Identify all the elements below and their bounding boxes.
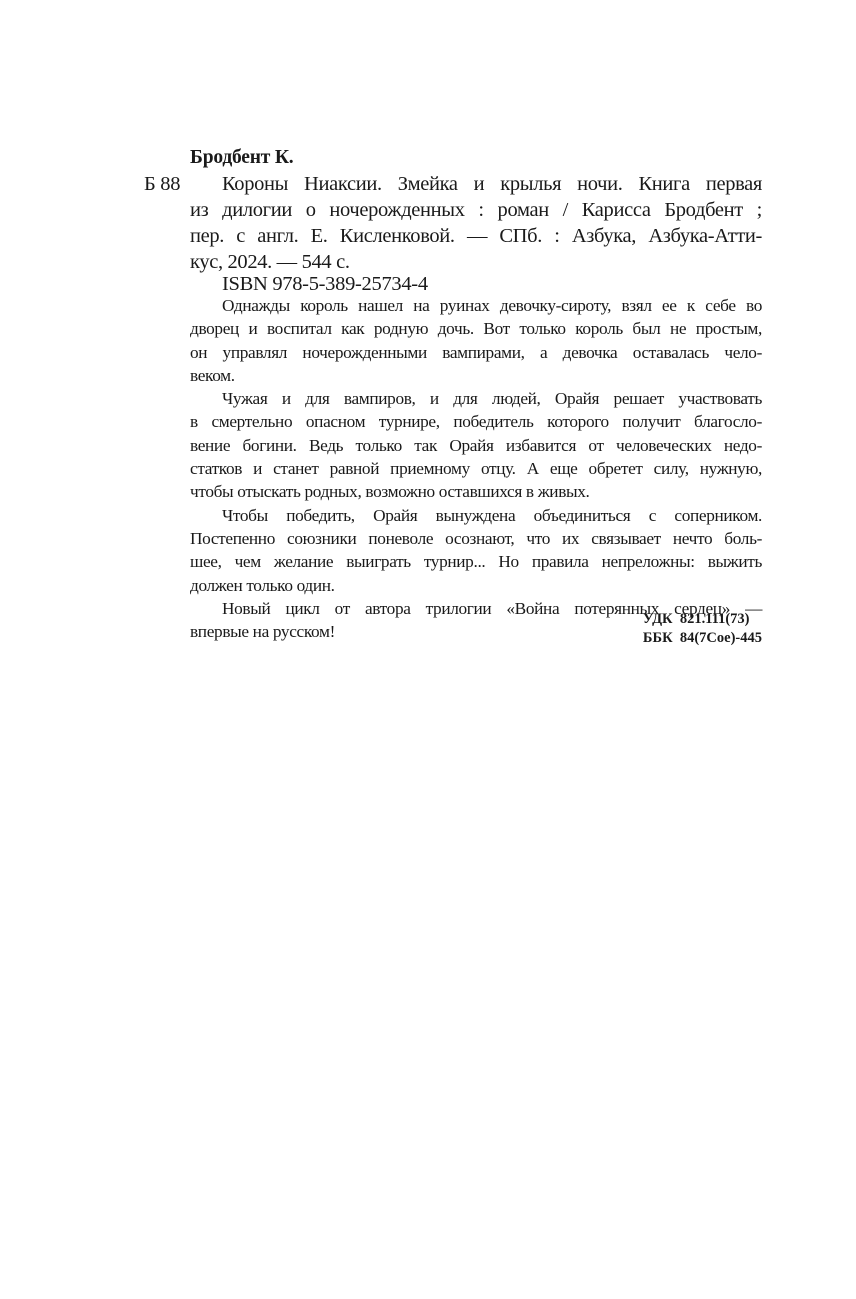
catalog-card-page: Бродбент К. Б 88 Короны Ниаксии. Змейка … <box>0 0 856 1299</box>
classification-block: УДК 821.111(73) ББК 84(7Сое)-445 <box>643 610 762 648</box>
annotation-line: должен только один. <box>190 574 762 597</box>
annotation-line: чтобы отыскать родных, возможно оставших… <box>190 480 762 503</box>
bbk-code: ББК 84(7Сое)-445 <box>643 629 762 648</box>
annotation-line: статков и станет равной приемному отцу. … <box>190 457 762 480</box>
annotation-line: в смертельно опасном турнире, победитель… <box>190 410 762 433</box>
annotation: Однажды король нашел на руинах девочку-с… <box>190 294 762 643</box>
author-heading: Бродбент К. <box>190 145 293 171</box>
annotation-line: веком. <box>190 364 762 387</box>
annotation-paragraph: Чтобы победить, Орайя вынуждена объедини… <box>190 504 762 597</box>
annotation-line: он управлял ночерожденными вампирами, а … <box>190 341 762 364</box>
call-number: Б 88 <box>144 171 180 197</box>
bibliographic-line: из дилогии о ночерожденных : роман / Кар… <box>190 197 762 223</box>
bibliographic-line: пер. с англ. Е. Кисленковой. — СПб. : Аз… <box>190 223 762 249</box>
annotation-paragraph: Чужая и для вампиров, и для людей, Орайя… <box>190 387 762 503</box>
bibliographic-record: Короны Ниаксии. Змейка и крылья ночи. Кн… <box>190 171 762 275</box>
annotation-paragraph: Однажды король нашел на руинах девочку-с… <box>190 294 762 387</box>
annotation-line: вение богини. Ведь только так Орайя изба… <box>190 434 762 457</box>
udk-code: УДК 821.111(73) <box>643 610 762 629</box>
annotation-line: Чтобы победить, Орайя вынуждена объедини… <box>190 504 762 527</box>
annotation-line: Чужая и для вампиров, и для людей, Орайя… <box>190 387 762 410</box>
annotation-line: Однажды король нашел на руинах девочку-с… <box>190 294 762 317</box>
annotation-line: Постепенно союзники поневоле осознают, ч… <box>190 527 762 550</box>
bibliographic-line: Короны Ниаксии. Змейка и крылья ночи. Кн… <box>190 171 762 197</box>
annotation-line: дворец и воспитал как родную дочь. Вот т… <box>190 317 762 340</box>
annotation-line: шее, чем желание выиграть турнир... Но п… <box>190 550 762 573</box>
